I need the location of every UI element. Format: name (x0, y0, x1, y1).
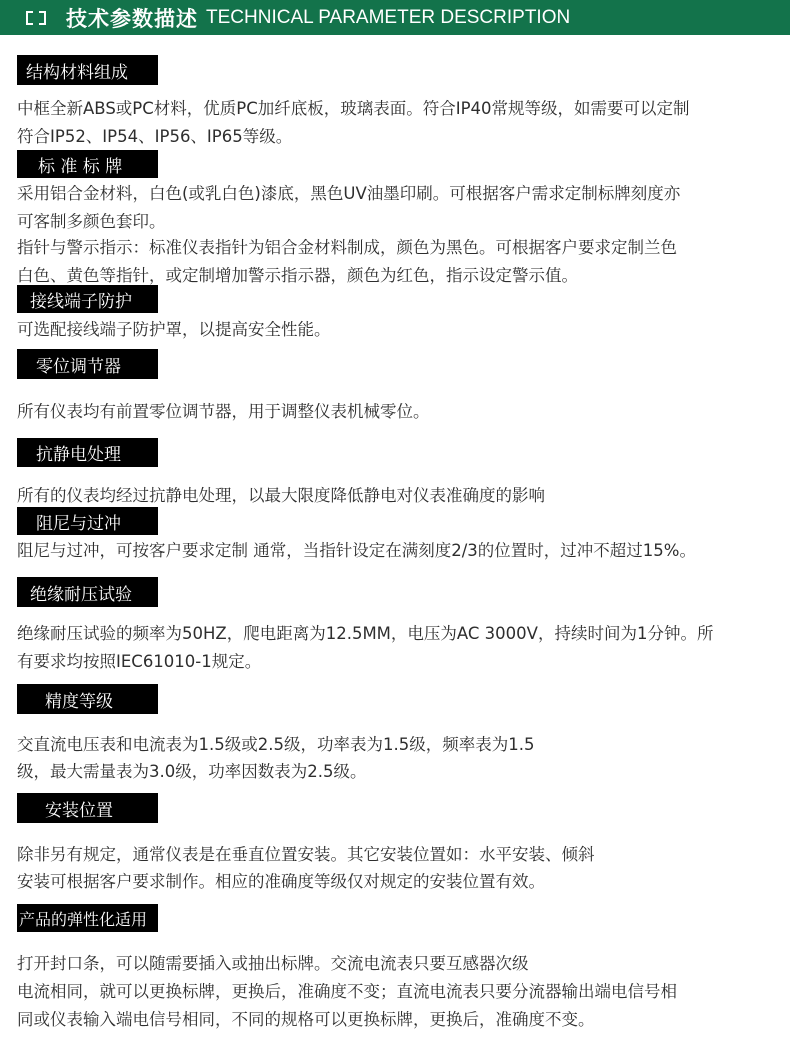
section-label: 标 准 标 牌 (17, 150, 158, 178)
section-text: 电流相同，就可以更换标牌，更换后，准确度不变；直流电流表只要分流器输出端电信号相 (17, 982, 677, 1002)
section-text: 可选配接线端子防护罩，以提高安全性能。 (17, 320, 331, 340)
header-title-en: TECHNICAL PARAMETER DESCRIPTION (206, 7, 570, 29)
section-header: 技术参数描述 TECHNICAL PARAMETER DESCRIPTION (0, 0, 790, 35)
section-text: 所有的仪表均经过抗静电处理，以最大限度降低静电对仪表准确度的影响 (17, 486, 545, 506)
section-label: 阻尼与过冲 (17, 507, 158, 535)
section-label: 绝缘耐压试验 (17, 577, 158, 607)
section-text: 同或仪表输入端电信号相同，不同的规格可以更换标牌，更换后，准确度不变。 (17, 1010, 595, 1030)
section-label: 零位调节器 (17, 349, 158, 379)
section-label: 精度等级 (17, 684, 158, 714)
section-text: 有要求均按照IEC61010-1规定。 (17, 652, 261, 672)
section-text: 中框全新ABS或PC材料，优质PC加纤底板，玻璃表面。符合IP40常规等级，如需… (17, 99, 690, 119)
header-title-zh: 技术参数描述 (66, 3, 198, 33)
section-text: 打开封口条，可以随需要插入或抽出标牌。交流电流表只要互感器次级 (17, 954, 529, 974)
section-text: 所有仪表均有前置零位调节器，用于调整仪表机械零位。 (17, 402, 430, 422)
section-text: 安装可根据客户要求制作。相应的准确度等级仅对规定的安装位置有效。 (17, 872, 545, 892)
section-label: 安装位置 (17, 793, 158, 823)
section-text: 白色、黄色等指针，或定制增加警示指示器，颜色为红色，指示设定警示值。 (17, 266, 578, 286)
section-label: 结构材料组成 (17, 55, 158, 85)
bracket-icon (26, 11, 46, 25)
section-text: 除非另有规定，通常仪表是在垂直位置安装。其它安装位置如：水平安装、倾斜 (17, 845, 595, 865)
section-label: 产品的弹性化适用 (17, 904, 158, 932)
section-text: 绝缘耐压试验的频率为50HZ，爬电距离为12.5MM，电压为AC 3000V，持… (17, 624, 713, 644)
section-text: 指针与警示指示：标准仪表指针为铝合金材料制成，颜色为黑色。可根据客户要求定制兰色 (17, 238, 677, 258)
section-text: 交直流电压表和电流表为1.5级或2.5级，功率表为1.5级，频率表为1.5 (17, 735, 534, 755)
section-text: 可客制多颜色套印。 (17, 212, 166, 232)
section-label: 接线端子防护 (17, 285, 158, 313)
section-text: 级，最大需量表为3.0级，功率因数表为2.5级。 (17, 762, 366, 782)
section-text: 采用铝合金材料，白色(或乳白色)漆底，黑色UV油墨印刷。可根据客户需求定制标牌刻… (17, 184, 680, 204)
section-text: 符合IP52、IP54、IP56、IP65等级。 (17, 127, 292, 147)
section-text: 阻尼与过冲，可按客户要求定制 通常，当指针设定在满刻度2/3的位置时，过冲不超过… (17, 541, 696, 561)
section-label: 抗静电处理 (17, 438, 158, 467)
